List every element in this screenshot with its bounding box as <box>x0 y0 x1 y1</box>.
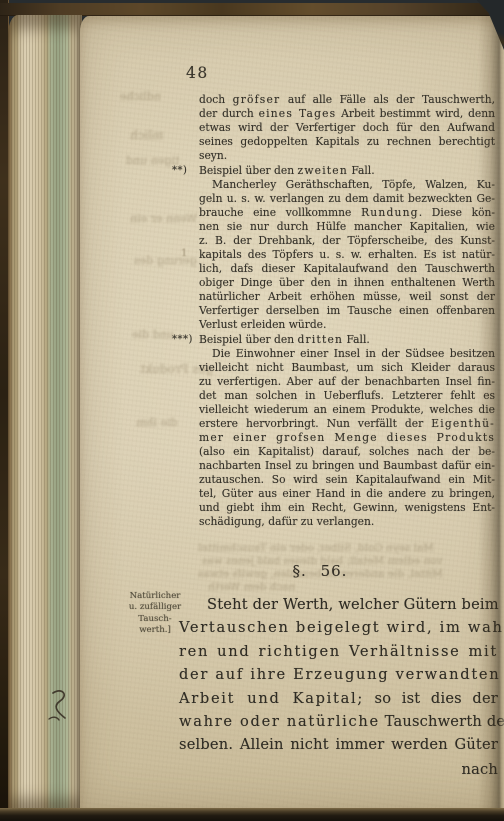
text-line: vielleicht wiederum an einem Produkte, w… <box>199 403 495 417</box>
text-line: det man solchen in Ueberflufs. Letzterer… <box>199 389 495 403</box>
text-line: lich, dafs dieser Kapitalaufwand den Tau… <box>199 262 495 276</box>
section-paragraph: Steht der Werth, welcher Gütern beimVert… <box>179 593 498 757</box>
text-line: Beispiel über den zweiten Fall. <box>199 164 495 178</box>
book-page: 48 ndlichemlichtigen undWenn er ein1geru… <box>80 16 504 808</box>
text-line: Die Einwohner einer Insel in der Südsee … <box>199 347 495 361</box>
book-scan: 48 ndlichemlichtigen undWenn er ein1geru… <box>0 0 504 821</box>
margin-note-line: Tausch- <box>124 614 186 625</box>
bleed-through-text: die ihm <box>136 416 178 429</box>
text-line: brauche eine vollkommne Rundung. Diese k… <box>199 206 495 220</box>
text-line: Arbeit und Kapital; so ist dies der <box>179 687 498 710</box>
section-heading: §. 56. <box>170 562 470 580</box>
section-text-column: Steht der Werth, welcher Gütern beimVert… <box>179 593 498 781</box>
footnote-3-heading: ***) Beispiel über den dritten Fall. <box>199 333 495 347</box>
text-line: schädigung, dafür zu verlangen. <box>199 515 495 529</box>
footnote-column: doch gröfser auf alle Fälle als der Taus… <box>199 93 495 529</box>
footnote-2-marker: **) <box>172 164 187 178</box>
text-line: kapitals des Töpfers u. s. w. erhalten. … <box>199 248 495 262</box>
text-line: der auf ihre Erzeugung verwandten <box>179 663 498 686</box>
text-line: Verlust erleiden würde. <box>199 318 495 332</box>
footnote-3-marker: ***) <box>172 333 193 347</box>
bleed-through-text: ndliche <box>120 90 161 103</box>
text-line: Verfertiger derselben im Tausche einen o… <box>199 304 495 318</box>
text-line: vielleicht nicht Baumbast, um sich Kleid… <box>199 361 495 375</box>
text-line: z. B. der Drehbank, der Töpferscheibe, d… <box>199 234 495 248</box>
text-line: ren und richtigen Verhältnisse mit <box>179 640 498 663</box>
margin-note-line: Natürlicher <box>124 591 186 602</box>
bleed-through-text: 1 <box>181 248 187 259</box>
text-line: etwas wird der Verfertiger doch für den … <box>199 121 495 135</box>
catchword: nach <box>179 758 498 781</box>
text-line: erstere hervorbringt. Nun verfällt der E… <box>199 417 495 431</box>
handwritten-mark <box>46 688 74 724</box>
text-line: Steht der Werth, welcher Gütern beim <box>179 593 498 616</box>
bleed-through-text: gerung des <box>134 254 197 267</box>
text-line: natürlicher Arbeit erhöhen müsse, weil s… <box>199 290 495 304</box>
text-line: Beispiel über den dritten Fall. <box>199 333 495 347</box>
text-line: Mancherley Geräthschaften, Töpfe, Walzen… <box>199 178 495 192</box>
text-line: wahre oder natürliche Tauschwerth der- <box>179 710 498 733</box>
margin-note: Natürlicher u. zufälliger Tausch- werth.… <box>124 591 186 637</box>
text-line: zutauschen. So wird sein Kapitalaufwand … <box>199 473 495 487</box>
text-line: tel, Güter aus einer Hand in die andere … <box>199 487 495 501</box>
text-line: Vertauschen beigelegt wird, im wah- <box>179 616 498 639</box>
margin-note-line: werth.] <box>124 625 186 636</box>
text-line: nachbarten Insel zu bringen und Baumbast… <box>199 459 495 473</box>
bleed-through-text: und die <box>132 328 174 341</box>
text-line: doch gröfser auf alle Fälle als der Taus… <box>199 93 495 107</box>
bleed-through-text: mlich <box>130 128 164 142</box>
text-line: mer einer grofsen Menge dieses Produkts <box>199 431 495 445</box>
footnote-2-text: Mancherley Geräthschaften, Töpfe, Walzen… <box>199 178 495 332</box>
text-line: seyn. <box>199 149 495 163</box>
bleed-through-text: Wenn er ein <box>130 212 197 225</box>
bleed-through-text: nach dem Werth <box>208 581 295 593</box>
text-line: geln u. s. w. verlangen zu dem damit bez… <box>199 192 495 206</box>
text-line: selben. Allein nicht immer werden Güter <box>179 733 498 756</box>
text-line: und giebt ihm ein Recht, Gewinn, wenigst… <box>199 501 495 515</box>
bleed-through-text: Mal seyn Gold, Silber, oder ein Tauschmi… <box>198 542 434 554</box>
footnote-3-text: Die Einwohner einer Insel in der Südsee … <box>199 347 495 529</box>
footnote-2-heading: **) Beispiel über den zweiten Fall. <box>199 164 495 178</box>
text-line: obiger Dinge über den in ihnen enthalten… <box>199 276 495 290</box>
page-number: 48 <box>186 64 209 82</box>
text-line: seines gedoppelten Kapitals zu rechnen b… <box>199 135 495 149</box>
page-bottom-edges <box>0 808 504 821</box>
text-line: nen sie nur durch Hülfe mancher Kapitali… <box>199 220 495 234</box>
continuation-paragraph: doch gröfser auf alle Fälle als der Taus… <box>199 93 495 163</box>
text-line: (also ein Kapitalist) darauf, solches na… <box>199 445 495 459</box>
margin-note-line: u. zufälliger <box>124 602 186 613</box>
text-line: zu verfertigen. Aber auf der benachbarte… <box>199 375 495 389</box>
text-line: der durch eines Tages Arbeit bestimmt wi… <box>199 107 495 121</box>
